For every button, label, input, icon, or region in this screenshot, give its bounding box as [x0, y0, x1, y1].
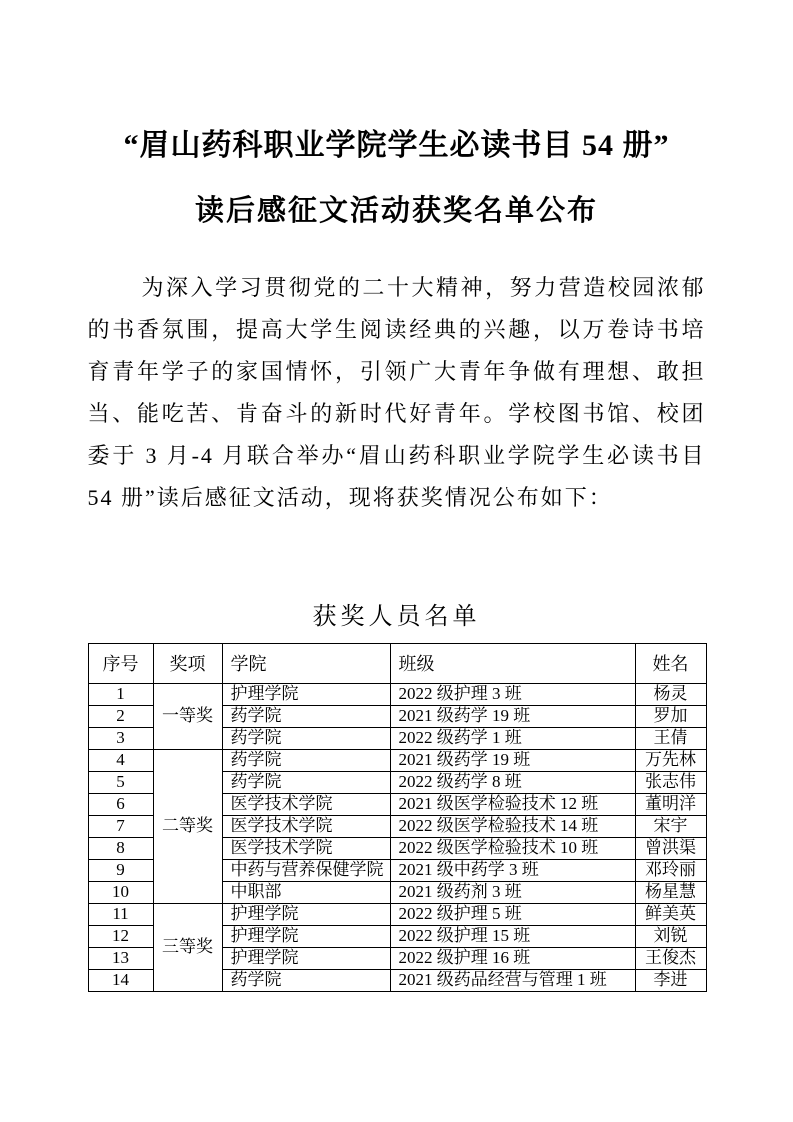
cell-college: 医学技术学院	[222, 793, 390, 815]
cell-serial: 9	[88, 859, 153, 881]
cell-name: 刘锐	[635, 925, 706, 947]
cell-college: 医学技术学院	[222, 815, 390, 837]
cell-name: 李进	[635, 969, 706, 991]
cell-college: 药学院	[222, 771, 390, 793]
cell-college: 护理学院	[222, 925, 390, 947]
cell-award: 一等奖	[153, 683, 222, 749]
cell-college: 中药与营养保健学院	[222, 859, 390, 881]
document-title: “眉山药科职业学院学生必读书目 54 册”	[88, 0, 706, 164]
cell-serial: 5	[88, 771, 153, 793]
cell-name: 邓玲丽	[635, 859, 706, 881]
awards-table-header-row: 序号奖项学院班级姓名	[88, 643, 706, 683]
cell-class: 2022 级护理 16 班	[390, 947, 635, 969]
table-title: 获奖人员名单	[88, 519, 706, 632]
table-row: 4二等奖药学院2021 级药学 19 班万先林	[88, 749, 706, 771]
cell-name: 万先林	[635, 749, 706, 771]
cell-name: 杨星慧	[635, 881, 706, 903]
cell-name: 王倩	[635, 727, 706, 749]
cell-class: 2021 级药学 19 班	[390, 705, 635, 727]
column-header-college: 学院	[222, 643, 390, 683]
document-content: “眉山药科职业学院学生必读书目 54 册” 读后感征文活动获奖名单公布 为深入学…	[88, 0, 706, 992]
column-header-class: 班级	[390, 643, 635, 683]
cell-class: 2021 级药品经营与管理 1 班	[390, 969, 635, 991]
document-subtitle: 读后感征文活动获奖名单公布	[88, 164, 706, 229]
cell-name: 罗加	[635, 705, 706, 727]
cell-college: 药学院	[222, 749, 390, 771]
cell-class: 2022 级药学 1 班	[390, 727, 635, 749]
cell-college: 护理学院	[222, 903, 390, 925]
cell-serial: 1	[88, 683, 153, 705]
cell-name: 张志伟	[635, 771, 706, 793]
cell-class: 2022 级护理 15 班	[390, 925, 635, 947]
cell-serial: 11	[88, 903, 153, 925]
cell-class: 2021 级药学 19 班	[390, 749, 635, 771]
cell-college: 护理学院	[222, 683, 390, 705]
intro-paragraph: 为深入学习贯彻党的二十大精神，努力营造校园浓郁的书香氛围，提高大学生阅读经典的兴…	[88, 229, 706, 519]
table-row: 11三等奖护理学院2022 级护理 5 班鲜美英	[88, 903, 706, 925]
cell-serial: 12	[88, 925, 153, 947]
table-row: 1一等奖护理学院2022 级护理 3 班杨灵	[88, 683, 706, 705]
column-header-serial: 序号	[88, 643, 153, 683]
cell-award: 三等奖	[153, 903, 222, 991]
cell-class: 2022 级药学 8 班	[390, 771, 635, 793]
cell-class: 2021 级药剂 3 班	[390, 881, 635, 903]
cell-college: 医学技术学院	[222, 837, 390, 859]
cell-serial: 10	[88, 881, 153, 903]
cell-award: 二等奖	[153, 749, 222, 903]
cell-name: 宋宇	[635, 815, 706, 837]
cell-class: 2021 级中药学 3 班	[390, 859, 635, 881]
awards-table-body: 1一等奖护理学院2022 级护理 3 班杨灵2药学院2021 级药学 19 班罗…	[88, 683, 706, 991]
cell-name: 董明洋	[635, 793, 706, 815]
cell-name: 王俊杰	[635, 947, 706, 969]
cell-college: 药学院	[222, 705, 390, 727]
cell-serial: 6	[88, 793, 153, 815]
column-header-name: 姓名	[635, 643, 706, 683]
cell-serial: 7	[88, 815, 153, 837]
cell-college: 中职部	[222, 881, 390, 903]
cell-serial: 8	[88, 837, 153, 859]
cell-serial: 2	[88, 705, 153, 727]
cell-serial: 13	[88, 947, 153, 969]
cell-college: 药学院	[222, 969, 390, 991]
cell-serial: 4	[88, 749, 153, 771]
cell-class: 2022 级护理 5 班	[390, 903, 635, 925]
cell-class: 2022 级医学检验技术 14 班	[390, 815, 635, 837]
cell-name: 鲜美英	[635, 903, 706, 925]
cell-college: 护理学院	[222, 947, 390, 969]
column-header-award: 奖项	[153, 643, 222, 683]
cell-class: 2021 级医学检验技术 12 班	[390, 793, 635, 815]
cell-college: 药学院	[222, 727, 390, 749]
document-page: “眉山药科职业学院学生必读书目 54 册” 读后感征文活动获奖名单公布 为深入学…	[0, 0, 793, 1122]
cell-name: 曾洪渠	[635, 837, 706, 859]
cell-class: 2022 级护理 3 班	[390, 683, 635, 705]
cell-serial: 14	[88, 969, 153, 991]
cell-serial: 3	[88, 727, 153, 749]
cell-class: 2022 级医学检验技术 10 班	[390, 837, 635, 859]
awards-table: 序号奖项学院班级姓名 1一等奖护理学院2022 级护理 3 班杨灵2药学院202…	[88, 643, 707, 992]
cell-name: 杨灵	[635, 683, 706, 705]
